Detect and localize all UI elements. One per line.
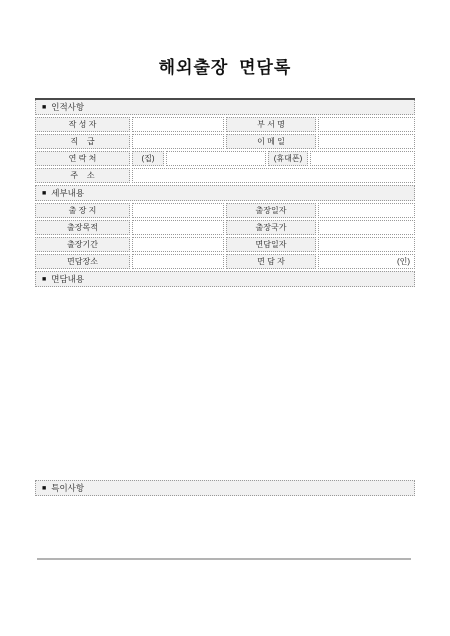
section-bullet-icon: ■ bbox=[42, 485, 46, 492]
section-title-meeting-notes: 면담내용 bbox=[51, 273, 84, 285]
writer-label: 작 성 자 bbox=[35, 117, 130, 132]
form-content: ■ 인적사항 작 성 자 부 서 명 직 급 이 메 일 연 락 처 (집) (… bbox=[35, 98, 415, 560]
form-row: 출 장 지 출장일자 bbox=[35, 203, 415, 218]
form-row: 면담장소 면 담 자 (인) bbox=[35, 254, 415, 269]
section-bullet-icon: ■ bbox=[42, 276, 46, 283]
country-label: 출장국가 bbox=[226, 220, 316, 235]
period-field[interactable] bbox=[132, 237, 224, 252]
country-field[interactable] bbox=[318, 220, 415, 235]
period-label: 출장기간 bbox=[35, 237, 130, 252]
page-bottom-rule bbox=[37, 558, 411, 560]
trip-date-label: 출장일자 bbox=[226, 203, 316, 218]
email-field[interactable] bbox=[318, 134, 415, 149]
meeting-place-label: 면담장소 bbox=[35, 254, 130, 269]
section-bullet-icon: ■ bbox=[42, 104, 46, 111]
purpose-field[interactable] bbox=[132, 220, 224, 235]
form-row: 출장기간 면담일자 bbox=[35, 237, 415, 252]
meeting-date-field[interactable] bbox=[318, 237, 415, 252]
meeting-date-label: 면담일자 bbox=[226, 237, 316, 252]
meeting-place-field[interactable] bbox=[132, 254, 224, 269]
form-row: 주 소 bbox=[35, 168, 415, 183]
section-header-meeting-notes: ■ 면담내용 bbox=[35, 271, 415, 287]
section-title-details: 세부내용 bbox=[51, 187, 84, 199]
position-field[interactable] bbox=[132, 134, 224, 149]
home-phone-label: (집) bbox=[132, 151, 164, 166]
seal-placeholder: (인) bbox=[397, 256, 410, 267]
destination-label: 출 장 지 bbox=[35, 203, 130, 218]
form-row: 연 락 처 (집) (휴대폰) bbox=[35, 151, 415, 166]
destination-field[interactable] bbox=[132, 203, 224, 218]
section-title-special-notes: 특이사항 bbox=[51, 482, 84, 494]
department-label: 부 서 명 bbox=[226, 117, 316, 132]
mobile-phone-field[interactable] bbox=[310, 151, 415, 166]
form-row: 출장목적 출장국가 bbox=[35, 220, 415, 235]
document-title: 해외출장 면담록 bbox=[0, 53, 450, 78]
home-phone-field[interactable] bbox=[166, 151, 266, 166]
interviewee-label: 면 담 자 bbox=[226, 254, 316, 269]
department-field[interactable] bbox=[318, 117, 415, 132]
special-notes-area[interactable] bbox=[35, 496, 415, 558]
address-field[interactable] bbox=[132, 168, 415, 183]
section-header-personal: ■ 인적사항 bbox=[35, 100, 415, 115]
address-label: 주 소 bbox=[35, 168, 130, 183]
position-label: 직 급 bbox=[35, 134, 130, 149]
email-label: 이 메 일 bbox=[226, 134, 316, 149]
meeting-notes-area[interactable] bbox=[35, 287, 415, 478]
section-bullet-icon: ■ bbox=[42, 190, 46, 197]
purpose-label: 출장목적 bbox=[35, 220, 130, 235]
interviewee-field[interactable]: (인) bbox=[318, 254, 415, 269]
mobile-phone-label: (휴대폰) bbox=[268, 151, 308, 166]
writer-field[interactable] bbox=[132, 117, 224, 132]
section-header-special-notes: ■ 특이사항 bbox=[35, 480, 415, 496]
trip-date-field[interactable] bbox=[318, 203, 415, 218]
section-header-details: ■ 세부내용 bbox=[35, 185, 415, 201]
form-row: 작 성 자 부 서 명 bbox=[35, 117, 415, 132]
form-row: 직 급 이 메 일 bbox=[35, 134, 415, 149]
section-title-personal: 인적사항 bbox=[51, 101, 84, 113]
contact-label: 연 락 처 bbox=[35, 151, 130, 166]
